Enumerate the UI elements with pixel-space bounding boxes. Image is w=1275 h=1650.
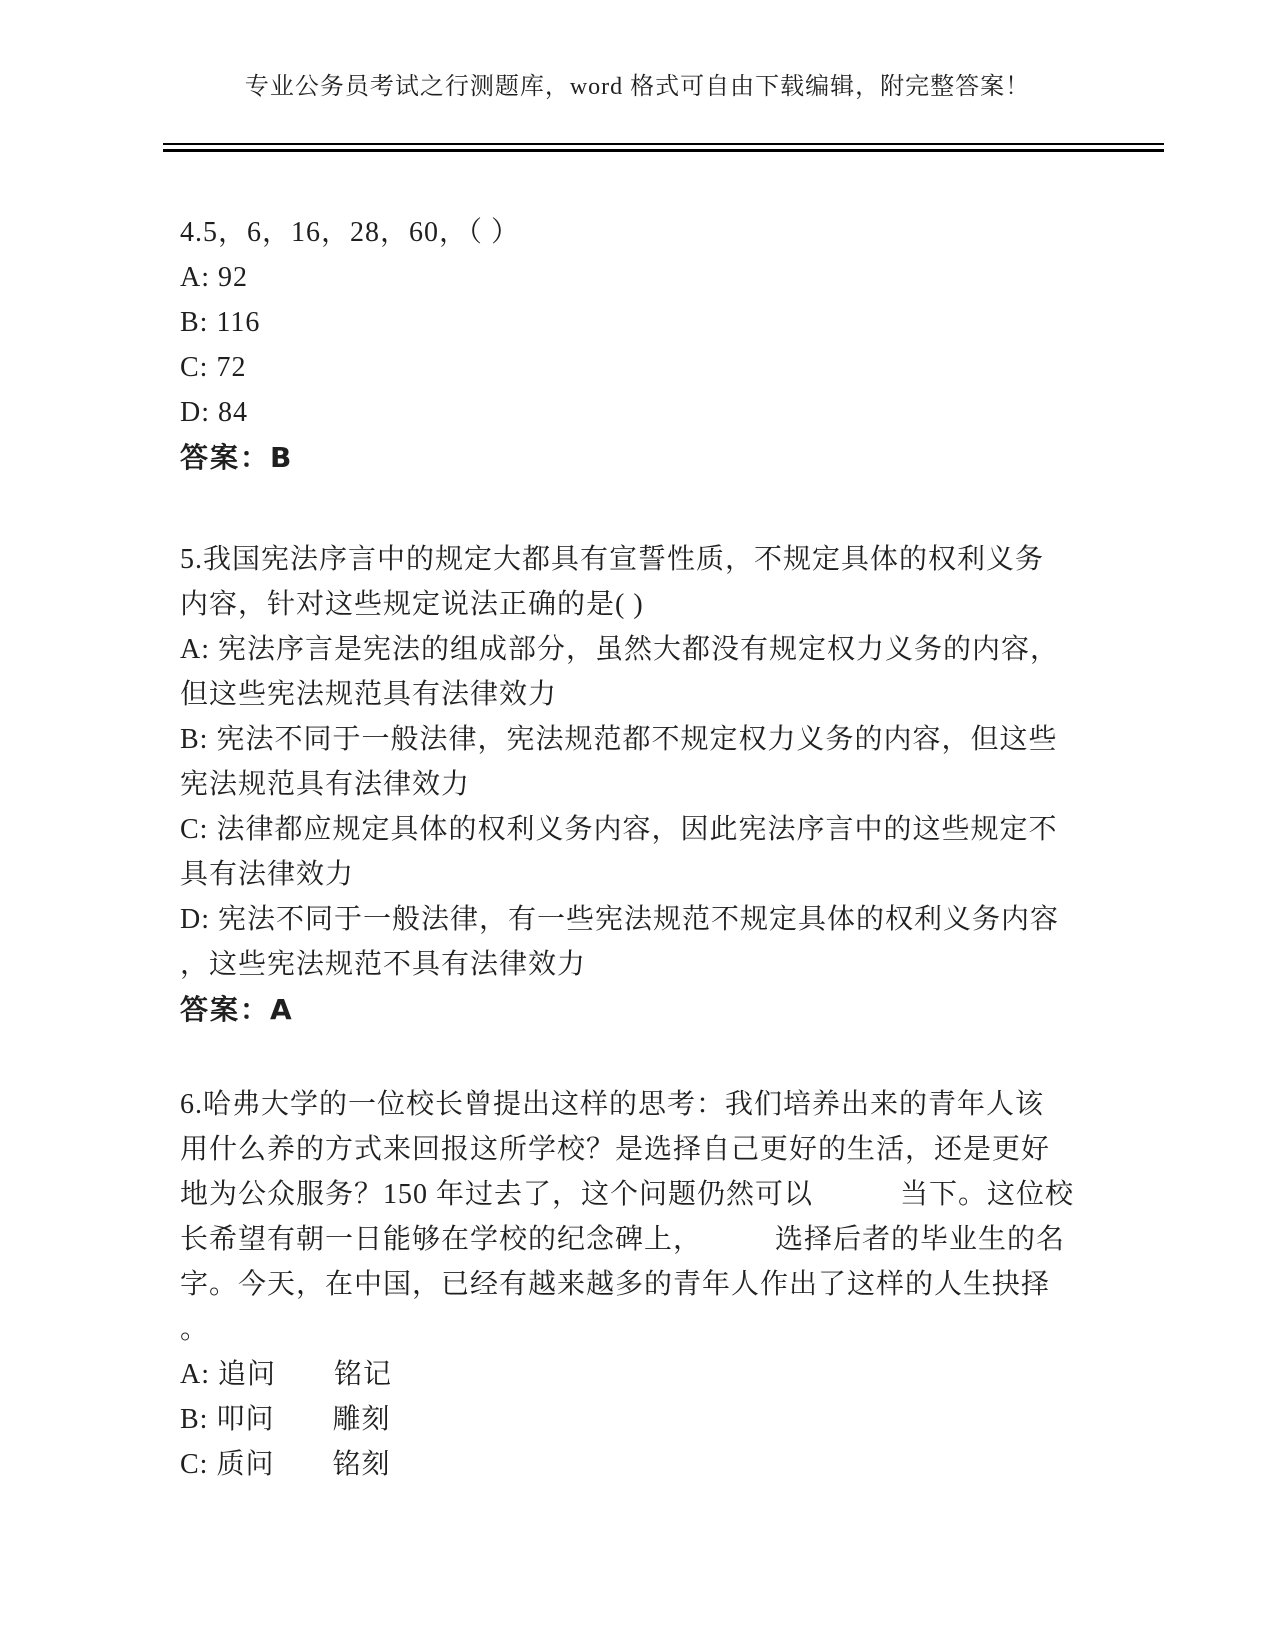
question-5-option-c-line-1: C: 法律都应规定具体的权利义务内容，因此宪法序言中的这些规定不 — [180, 807, 1165, 852]
question-5: 5.我国宪法序言中的规定大都具有宣誓性质，不规定具体的权利义务 内容，针对这些规… — [180, 537, 1165, 1032]
header-title: 专业公务员考试之行测题库，word 格式可自由下载编辑，附完整答案！ — [165, 72, 1110, 102]
question-6-option-b: B: 叩问 雕刻 — [180, 1397, 1165, 1442]
header-divider — [163, 143, 1164, 152]
question-6-stem-line-1: 6.哈弗大学的一位校长曾提出这样的思考：我们培养出来的青年人该 — [180, 1082, 1165, 1127]
question-4-option-c: C: 72 — [180, 345, 1165, 390]
question-5-option-d-line-2: ，这些宪法规范不具有法律效力 — [180, 942, 1165, 987]
question-6-stem-line-5: 字。今天，在中国，已经有越来越多的青年人作出了这样的人生抉择 — [180, 1262, 1165, 1307]
question-4-answer: 答案：B — [180, 435, 1165, 480]
question-5-stem-line-2: 内容，针对这些规定说法正确的是( ) — [180, 582, 1165, 627]
question-6-option-c: C: 质问 铭刻 — [180, 1442, 1165, 1487]
question-5-option-a-line-2: 但这些宪法规范具有法律效力 — [180, 672, 1165, 717]
question-5-stem-line-1: 5.我国宪法序言中的规定大都具有宣誓性质，不规定具体的权利义务 — [180, 537, 1165, 582]
question-4-option-a: A: 92 — [180, 255, 1165, 300]
question-5-answer: 答案：A — [180, 987, 1165, 1032]
question-4-stem: 4.5，6，16，28，60，（ ） — [180, 210, 1165, 255]
question-5-option-d-line-1: D: 宪法不同于一般法律，有一些宪法规范不规定具体的权利义务内容 — [180, 897, 1165, 942]
document-page: 专业公务员考试之行测题库，word 格式可自由下载编辑，附完整答案！ 4.5，6… — [0, 0, 1275, 1650]
question-5-option-b-line-2: 宪法规范具有法律效力 — [180, 762, 1165, 807]
question-6-stem-line-3: 地为公众服务？150 年过去了，这个问题仍然可以 当下。这位校 — [180, 1172, 1165, 1217]
document-body: 4.5，6，16，28，60，（ ） A: 92 B: 116 C: 72 D:… — [180, 210, 1165, 1487]
question-6-stem-line-2: 用什么养的方式来回报这所学校？是选择自己更好的生活，还是更好 — [180, 1127, 1165, 1172]
question-6-stem-line-6: 。 — [180, 1307, 1165, 1352]
question-6: 6.哈弗大学的一位校长曾提出这样的思考：我们培养出来的青年人该 用什么养的方式来… — [180, 1082, 1165, 1487]
question-4: 4.5，6，16，28，60，（ ） A: 92 B: 116 C: 72 D:… — [180, 210, 1165, 480]
page-header: 专业公务员考试之行测题库，word 格式可自由下载编辑，附完整答案！ — [0, 0, 1275, 152]
question-4-option-b: B: 116 — [180, 300, 1165, 345]
question-6-stem-line-4: 长希望有朝一日能够在学校的纪念碑上， 选择后者的毕业生的名 — [180, 1217, 1165, 1262]
question-6-option-a: A: 追问 铭记 — [180, 1352, 1165, 1397]
question-4-option-d: D: 84 — [180, 390, 1165, 435]
question-5-option-a-line-1: A: 宪法序言是宪法的组成部分，虽然大都没有规定权力义务的内容， — [180, 627, 1165, 672]
question-5-option-b-line-1: B: 宪法不同于一般法律，宪法规范都不规定权力义务的内容，但这些 — [180, 717, 1165, 762]
question-5-option-c-line-2: 具有法律效力 — [180, 852, 1165, 897]
